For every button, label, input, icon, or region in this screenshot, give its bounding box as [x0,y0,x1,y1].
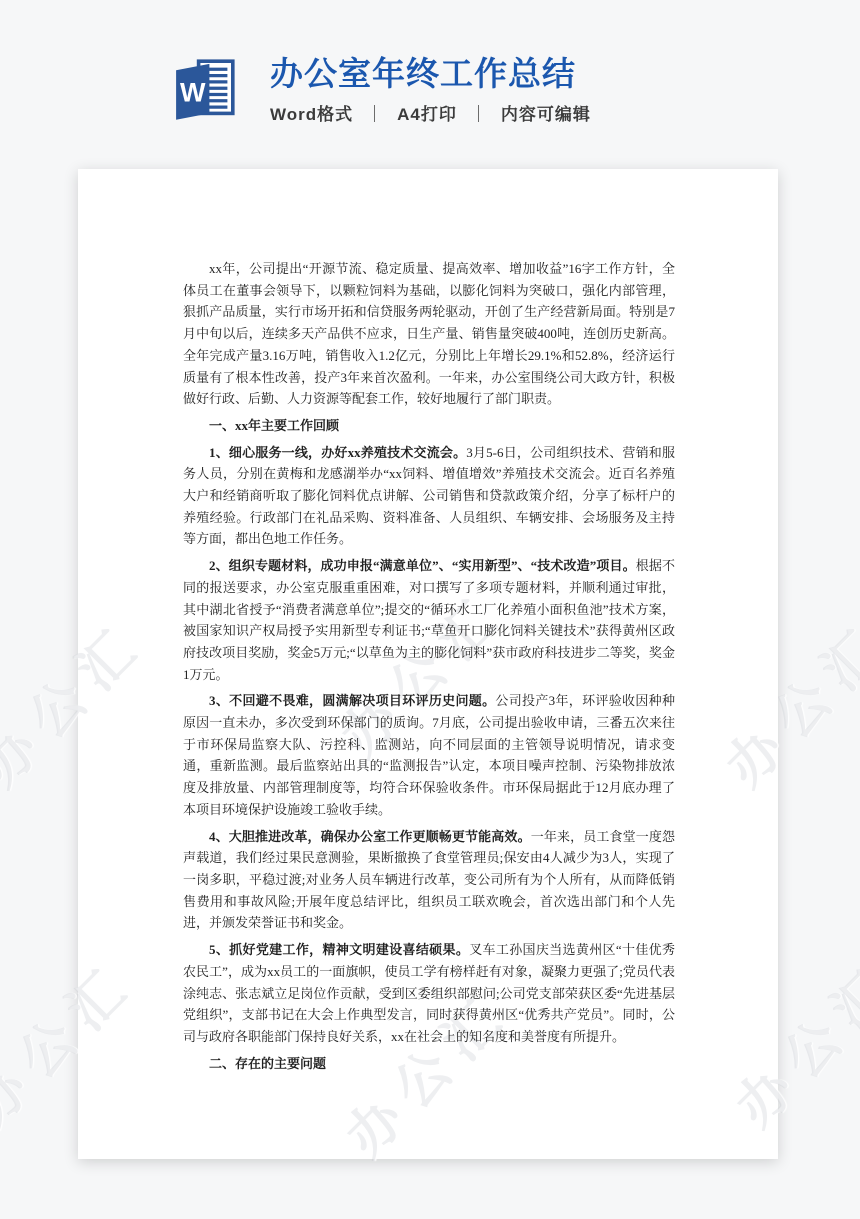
document-body: xx年，公司提出“开源节流、稳定质量、提高效率、增加收益”16字工作方针，全体员… [183,258,675,1079]
doc-paragraph: xx年，公司提出“开源节流、稳定质量、提高效率、增加收益”16字工作方针，全体员… [183,258,675,410]
paragraph-lead: 2、组织专题材料，成功申报“满意单位”、“实用新型”、“技术改造”项目。 [209,558,636,573]
paragraph-lead: 1、细心服务一线，办好xx养殖技术交流会。 [209,445,466,460]
section-heading: 二、存在的主要问题 [183,1053,675,1075]
doc-paragraph: 3、不回避不畏难，圆满解决项目环评历史问题。公司投产3年，环评验收因种种原因一直… [183,690,675,820]
format-info: Word格式｜A4打印｜内容可编辑 [270,100,591,125]
format-word-label: Word格式 [270,105,353,124]
doc-paragraph: 5、抓好党建工作，精神文明建设喜结硕果。叉车工孙国庆当选黄州区“十佳优秀农民工”… [183,939,675,1048]
separator-bar: ｜ [470,105,488,124]
paragraph-lead: 5、抓好党建工作，精神文明建设喜结硕果。 [209,942,469,957]
page-canvas: 办公汇 办公汇 办公汇 办公汇 办公汇 办公汇 [0,0,860,1219]
header-text: 办公室年终工作总结 Word格式｜A4打印｜内容可编辑 [270,55,591,125]
page-title: 办公室年终工作总结 [270,55,591,93]
paragraph-lead: 3、不回避不畏难，圆满解决项目环评历史问题。 [209,693,495,708]
paragraph-lead: 4、大胆推进改革，确保办公室工作更顺畅更节能高效。 [209,829,531,844]
section-heading: 一、xx年主要工作回顾 [183,415,675,437]
doc-paragraph: 1、细心服务一线，办好xx养殖技术交流会。3月5-6日，公司组织技术、营销和服务… [183,442,675,551]
doc-paragraph: 4、大胆推进改革，确保办公室工作更顺畅更节能高效。一年来，员工食堂一度怨声载道，… [183,826,675,935]
word-icon-letter: W [180,78,206,108]
word-file-icon: W [168,54,240,126]
format-editable-label: 内容可编辑 [501,105,591,124]
doc-paragraph: 2、组织专题材料，成功申报“满意单位”、“实用新型”、“技术改造”项目。根据不同… [183,555,675,685]
separator-bar: ｜ [366,105,384,124]
header: W 办公室年终工作总结 Word格式｜A4打印｜内容可编辑 [168,54,591,126]
format-a4-label: A4打印 [397,105,457,124]
